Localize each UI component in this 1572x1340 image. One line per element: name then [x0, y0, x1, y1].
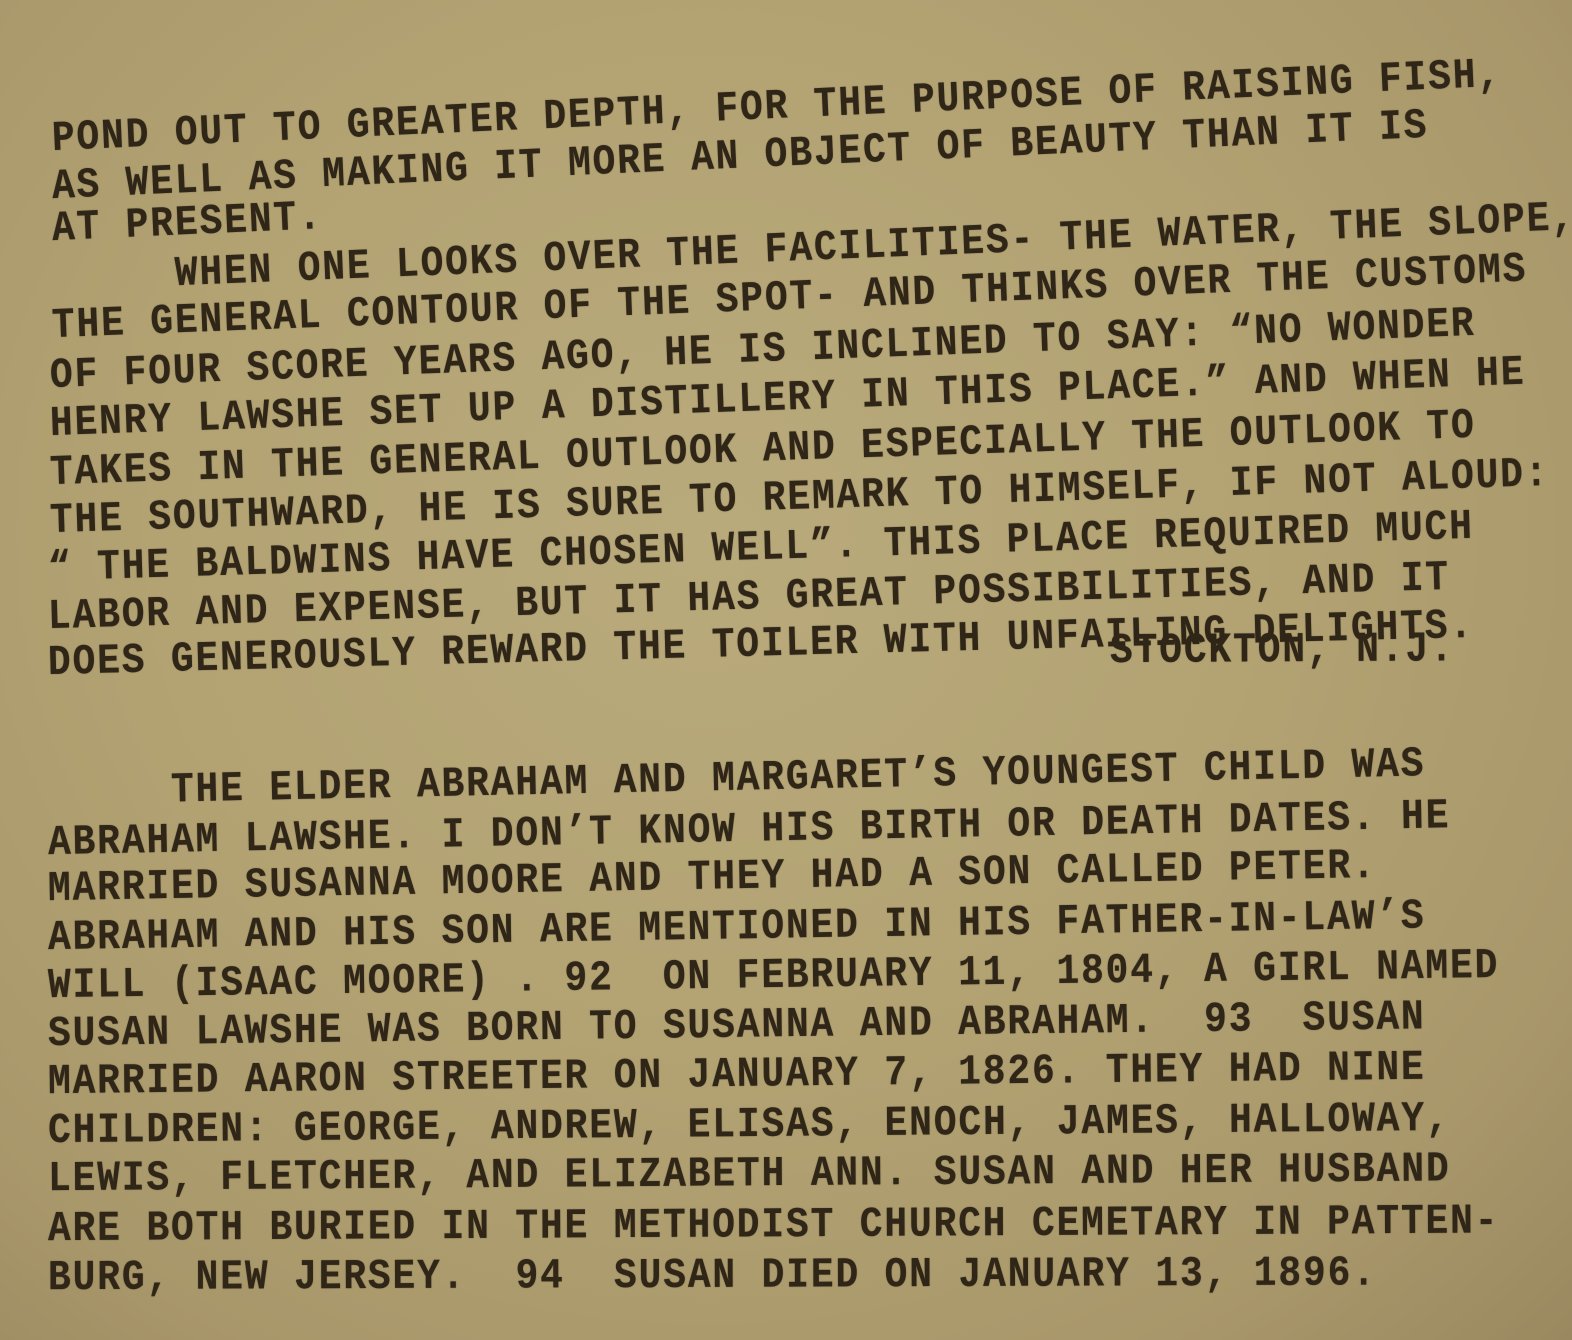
typewritten-page: POND OUT TO GREATER DEPTH, FOR THE PURPO…: [0, 0, 1572, 1340]
signature-location: STOCKTON, N.J.: [1110, 626, 1455, 676]
text-line: LEWIS, FLETCHER, AND ELIZABETH ANN. SUSA…: [48, 1146, 1451, 1204]
text-line: BURG, NEW JERSEY. 94 SUSAN DIED ON JANUA…: [48, 1250, 1377, 1303]
text-line: ARE BOTH BURIED IN THE METHODIST CHURCH …: [48, 1198, 1500, 1254]
